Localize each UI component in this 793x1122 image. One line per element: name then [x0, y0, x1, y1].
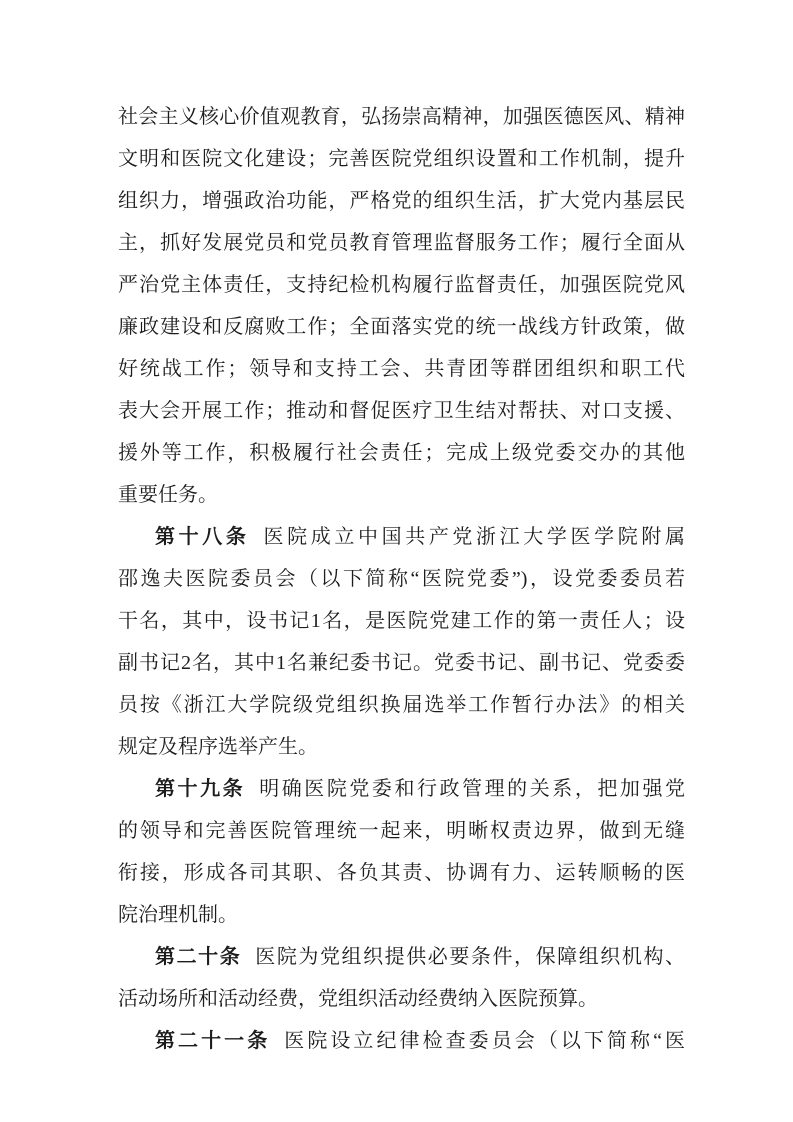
line-text: 严治党主体责任，支持纪检机构履行监督责任，加强医院党风 — [118, 274, 685, 296]
text-line: 第十九条明确医院党委和行政管理的关系，把加强党 — [118, 768, 685, 810]
text-line: 重要任务。 — [118, 474, 685, 516]
article-number: 第二十一条 — [155, 1030, 270, 1052]
line-text: 员按《浙江大学院级党组织换届选举工作暂行办法》的相关 — [118, 694, 685, 716]
text-line: 社会主义核心价值观教育，弘扬崇高精神，加强医德医风、精神 — [118, 96, 685, 138]
text-line: 的领导和完善医院管理统一起来，明晰权责边界，做到无缝 — [118, 810, 685, 852]
text-line: 严治党主体责任，支持纪检机构履行监督责任，加强医院党风 — [118, 264, 685, 306]
text-line: 干名，其中，设书记1名，是医院党建工作的第一责任人；设 — [118, 600, 685, 642]
line-text: 干名，其中，设书记1名，是医院党建工作的第一责任人；设 — [118, 610, 685, 632]
line-text: 文明和医院文化建设；完善医院党组织设置和工作机制，提升 — [118, 148, 685, 170]
line-text: 廉政建设和反腐败工作；全面落实党的统一战线方针政策，做 — [118, 316, 685, 338]
line-text: 的领导和完善医院管理统一起来，明晰权责边界，做到无缝 — [118, 820, 685, 842]
line-text: 活动场所和活动经费，党组织活动经费纳入医院预算。 — [118, 988, 598, 1010]
line-text: 邵逸夫医院委员会（以下简称“医院党委”)，设党委委员若 — [118, 568, 685, 590]
text-line: 第二十条医院为党组织提供必要条件，保障组织机构、 — [118, 936, 685, 978]
text-line: 文明和医院文化建设；完善医院党组织设置和工作机制，提升 — [118, 138, 685, 180]
line-text: 组织力，增强政治功能，严格党的组织生活，扩大党内基层民 — [118, 190, 685, 212]
text-line: 廉政建设和反腐败工作；全面落实党的统一战线方针政策，做 — [118, 306, 685, 348]
text-line: 员按《浙江大学院级党组织换届选举工作暂行办法》的相关 — [118, 684, 685, 726]
line-text: 表大会开展工作；推动和督促医疗卫生结对帮扶、对口支援、 — [118, 400, 685, 422]
text-line: 援外等工作，积极履行社会责任；完成上级党委交办的其他 — [118, 432, 685, 474]
text-line: 好统战工作；领导和支持工会、共青团等群团组织和职工代 — [118, 348, 685, 390]
text-line: 衔接，形成各司其职、各负其责、协调有力、运转顺畅的医 — [118, 852, 685, 894]
line-text: 好统战工作；领导和支持工会、共青团等群团组织和职工代 — [118, 358, 685, 380]
line-text: 规定及程序选举产生。 — [118, 736, 318, 758]
line-text: 重要任务。 — [118, 484, 218, 506]
line-text: 医院为党组织提供必要条件，保障组织机构、 — [255, 946, 685, 968]
line-text: 医院成立中国共产党浙江大学医学院附属 — [263, 526, 685, 548]
line-text: 医院设立纪律检查委员会（以下简称“医 — [284, 1030, 685, 1052]
text-line: 活动场所和活动经费，党组织活动经费纳入医院预算。 — [118, 978, 685, 1020]
text-line: 副书记2名，其中1名兼纪委书记。党委书记、副书记、党委委 — [118, 642, 685, 684]
text-line: 院治理机制。 — [118, 894, 685, 936]
line-text: 明确医院党委和行政管理的关系，把加强党 — [259, 778, 685, 800]
text-line: 邵逸夫医院委员会（以下简称“医院党委”)，设党委委员若 — [118, 558, 685, 600]
document-page: 社会主义核心价值观教育，弘扬崇高精神，加强医德医风、精神文明和医院文化建设；完善… — [0, 0, 793, 1122]
line-text: 院治理机制。 — [118, 904, 238, 926]
line-text: 援外等工作，积极履行社会责任；完成上级党委交办的其他 — [118, 442, 685, 464]
text-line: 组织力，增强政治功能，严格党的组织生活，扩大党内基层民 — [118, 180, 685, 222]
line-text: 衔接，形成各司其职、各负其责、协调有力、运转顺畅的医 — [118, 862, 685, 884]
line-text: 主，抓好发展党员和党员教育管理监督服务工作；履行全面从 — [118, 232, 685, 254]
text-line: 表大会开展工作；推动和督促医疗卫生结对帮扶、对口支援、 — [118, 390, 685, 432]
text-line: 第十八条医院成立中国共产党浙江大学医学院附属 — [118, 516, 685, 558]
text-line: 主，抓好发展党员和党员教育管理监督服务工作；履行全面从 — [118, 222, 685, 264]
text-line: 规定及程序选举产生。 — [118, 726, 685, 768]
text-line: 第二十一条医院设立纪律检查委员会（以下简称“医 — [118, 1020, 685, 1062]
line-text: 社会主义核心价值观教育，弘扬崇高精神，加强医德医风、精神 — [118, 106, 685, 128]
article-number: 第二十条 — [155, 946, 241, 968]
document-body: 社会主义核心价值观教育，弘扬崇高精神，加强医德医风、精神文明和医院文化建设；完善… — [118, 96, 685, 1062]
article-number: 第十九条 — [155, 778, 245, 800]
line-text: 副书记2名，其中1名兼纪委书记。党委书记、副书记、党委委 — [118, 652, 685, 674]
article-number: 第十八条 — [155, 526, 249, 548]
